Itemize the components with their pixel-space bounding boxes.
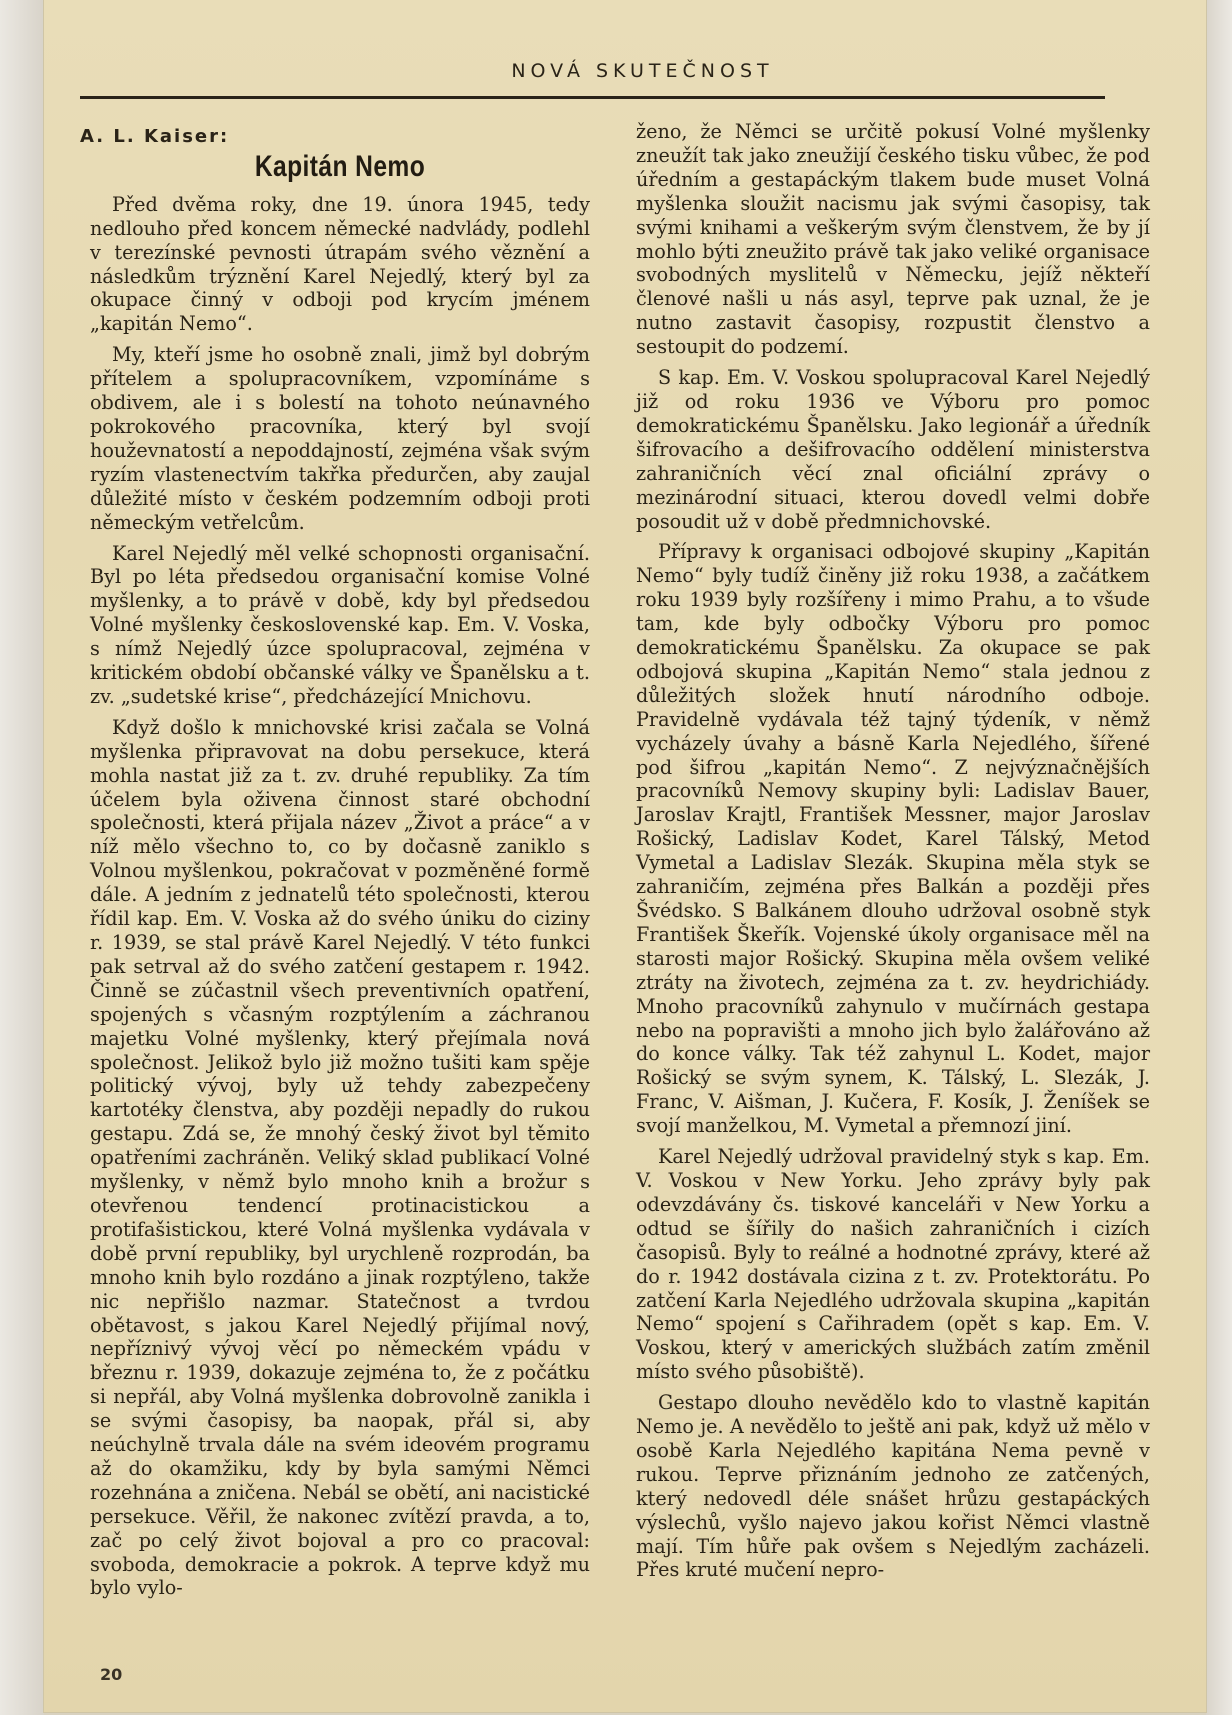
scan-background-left	[0, 0, 44, 1715]
paragraph: S kap. Em. V. Voskou spolupracoval Karel…	[636, 366, 1150, 533]
paragraph: Když došlo k mnichovské krisi začala se …	[90, 716, 590, 1601]
left-column: A. L. Kaiser: Kapitán Nemo Před dvěma ro…	[90, 125, 590, 1607]
paragraph: Gestapo dlouho nevědělo kdo to vlastně k…	[636, 1391, 1150, 1582]
article-title: Kapitán Nemo	[135, 155, 545, 179]
paragraph: Karel Nejedlý udržoval pravidelný styk s…	[636, 1145, 1150, 1384]
publication-header: NOVÁ SKUTEČNOST	[80, 60, 1205, 82]
paragraph: Přípravy k organisaci odbojové skupiny „…	[636, 540, 1150, 1138]
page-number: 20	[100, 1665, 122, 1684]
article-author: A. L. Kaiser:	[80, 125, 590, 149]
paragraph: My, kteří jsme ho osobně znali, jimž byl…	[90, 343, 590, 534]
paragraph: ženo, že Němci se určitě pokusí Volné my…	[636, 120, 1150, 359]
paragraph: Před dvěma roky, dne 19. února 1945, ted…	[90, 193, 590, 336]
paragraph: Karel Nejedlý měl velké schopnosti organ…	[90, 542, 590, 709]
scan-background-right	[1206, 0, 1232, 1715]
right-column: ženo, že Němci se určitě pokusí Volné my…	[636, 120, 1150, 1589]
header-rule	[80, 96, 1105, 99]
